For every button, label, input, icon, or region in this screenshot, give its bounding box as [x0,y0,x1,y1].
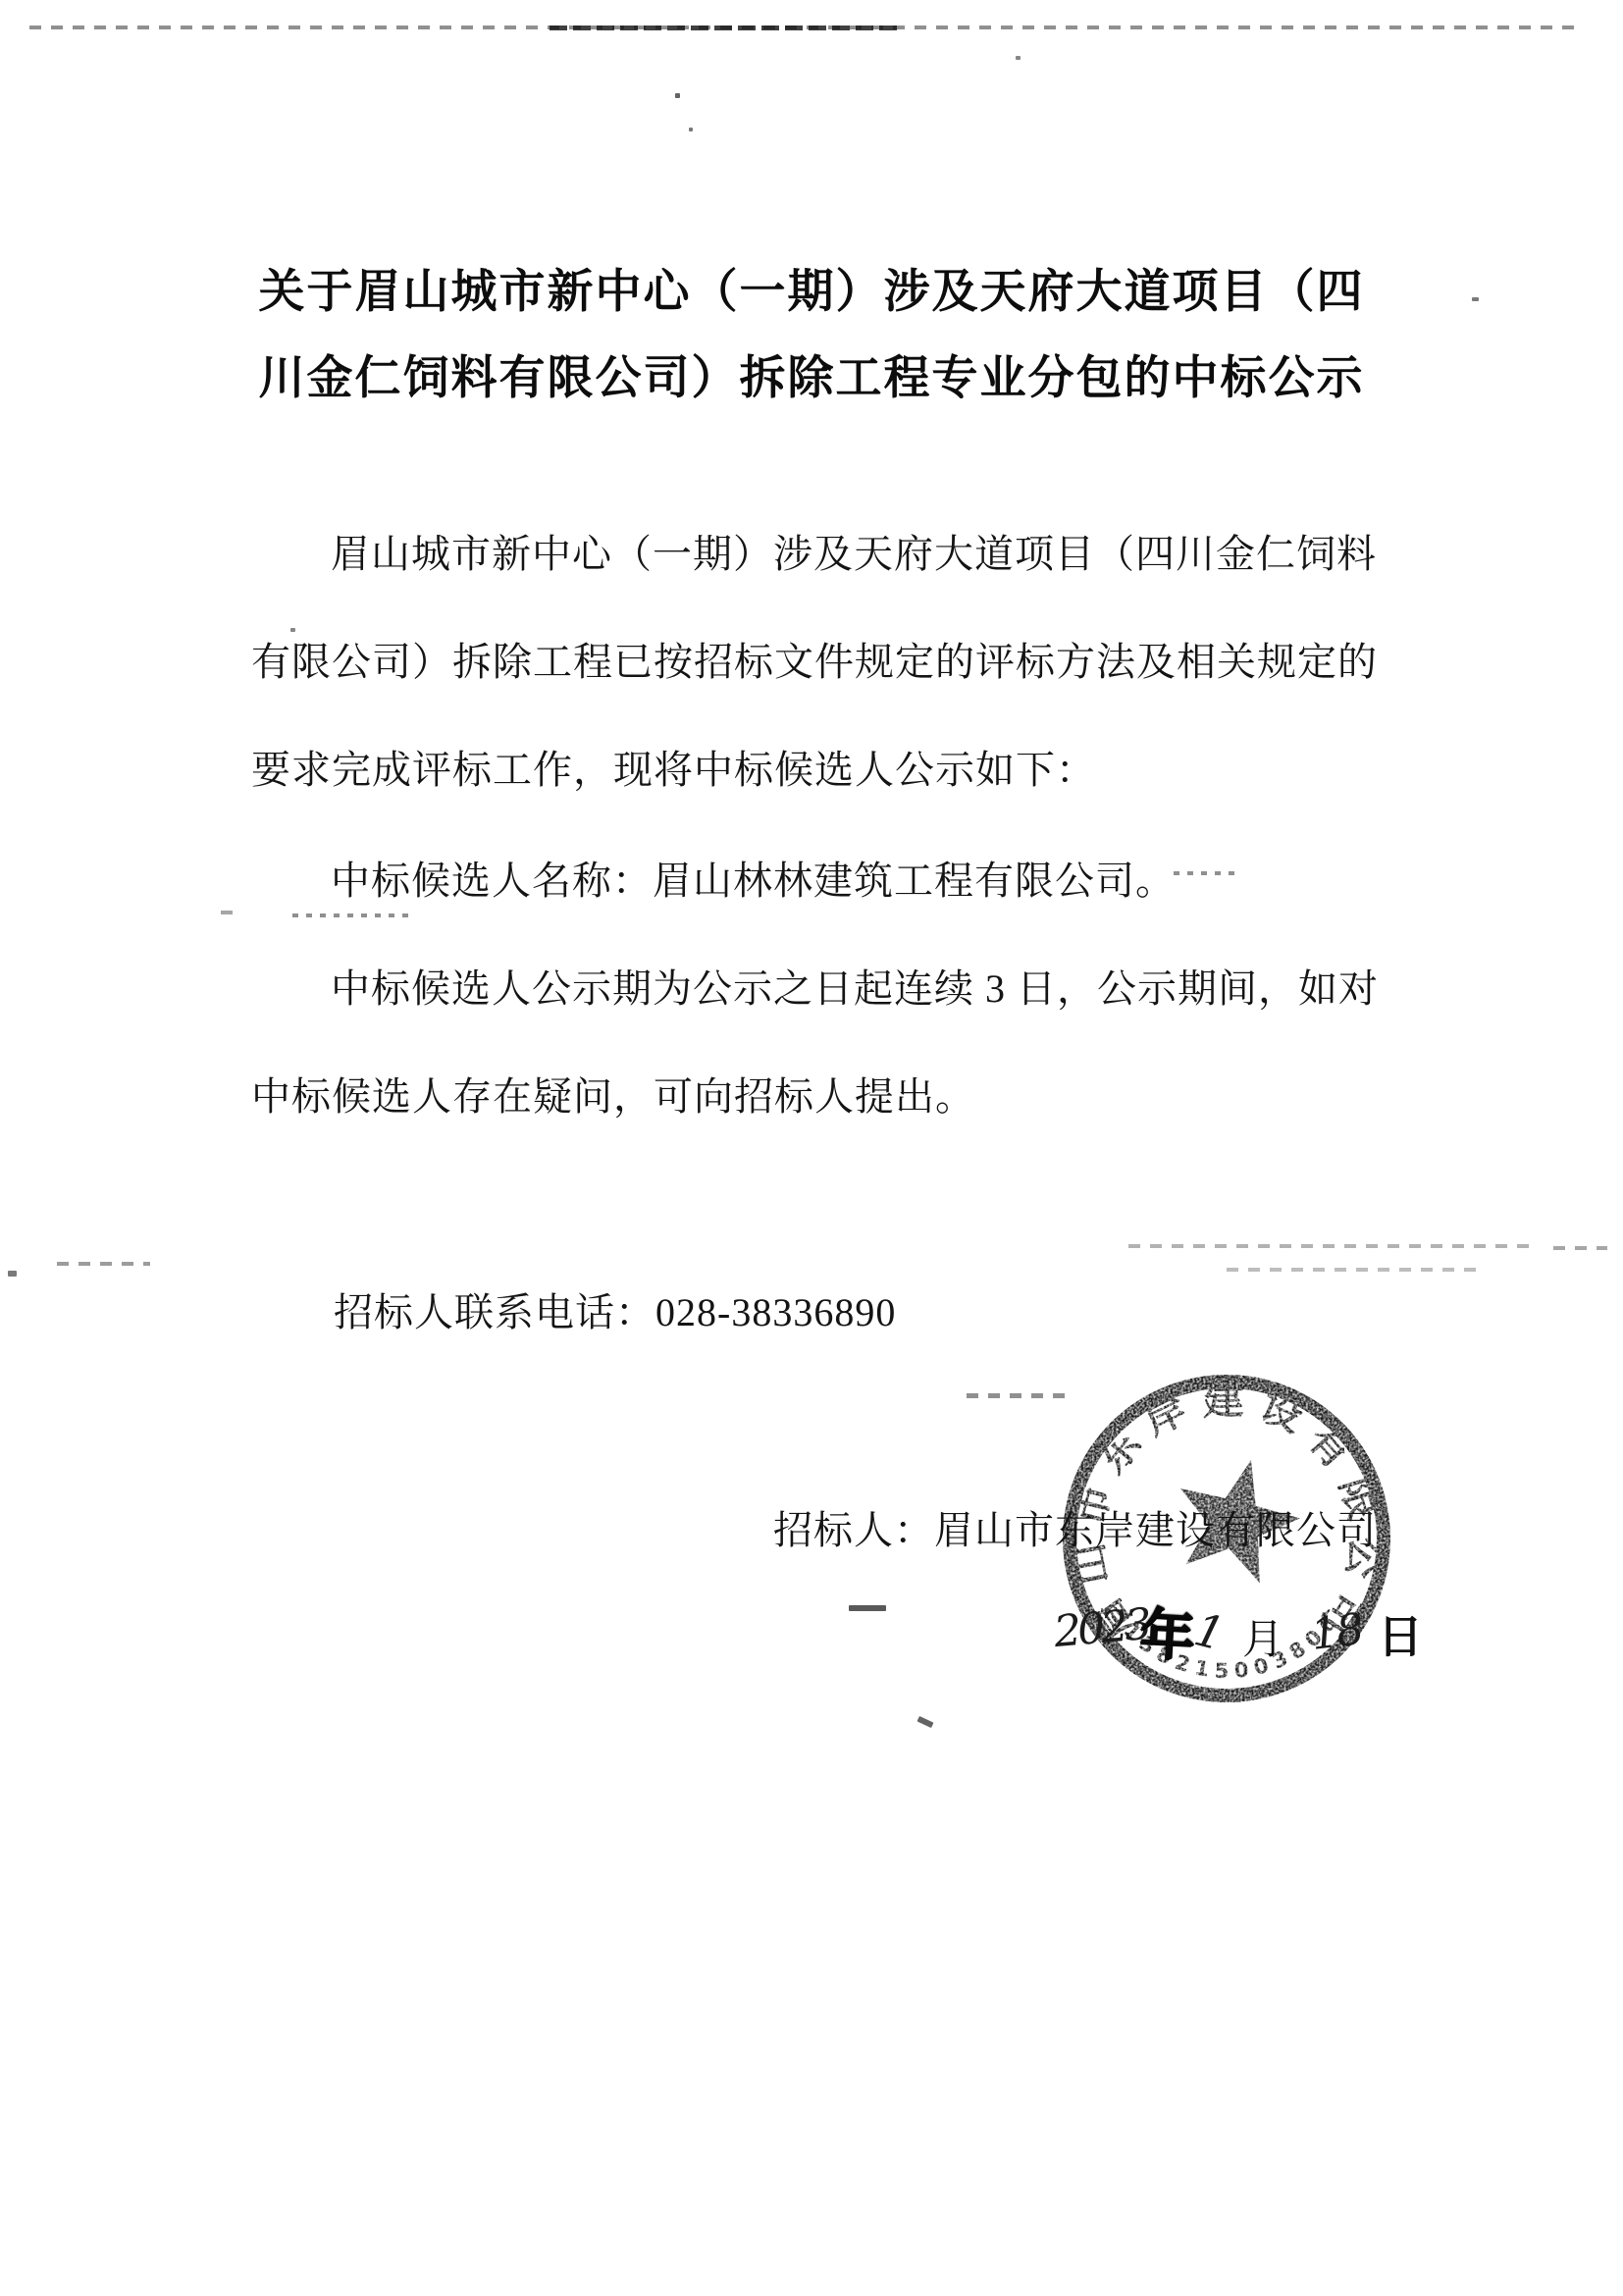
paragraph-1-line-2: 有限公司）拆除工程已按招标文件规定的评标方法及相关规定的 [251,631,1378,687]
paragraph-3-line-2: 中标候选人存在疑问，可向招标人提出。 [251,1066,975,1122]
scan-speck [8,1271,17,1277]
date-year-unit: 年 [1138,1591,1197,1672]
scan-noise-top-line-dense [550,26,903,30]
date-day-unit: 日 [1378,1601,1423,1666]
scan-noise-dots [292,913,410,917]
scan-speck [675,93,680,98]
scan-noise-dots [967,1393,1065,1398]
scanned-document-page: 关于眉山城市新中心（一期）涉及天府大道项目（四 川金仁饲料有限公司）拆除工程专业… [0,0,1623,2296]
scan-speck [1016,56,1021,60]
contact-phone-line: 招标人联系电话：028-38336890 [334,1281,896,1337]
scan-noise-dots [221,911,240,914]
bidder-signature-line: 招标人：眉山市东岸建设有限公司 [773,1499,1377,1555]
date-day-handwritten: 18 [1308,1604,1365,1660]
winning-candidate-line: 中标候选人名称：眉山林林建筑工程有限公司。 [331,850,1176,906]
scan-speck [849,1605,886,1611]
scan-noise-dots [57,1262,150,1266]
date-month-unit: 月 [1242,1607,1283,1666]
scan-noise-dots [1128,1244,1531,1248]
paragraph-1-line-1: 眉山城市新中心（一期）涉及天府大道项目（四川金仁饲料 [331,523,1377,579]
document-title-line-1: 关于眉山城市新中心（一期）涉及天府大道项目（四 [0,255,1623,321]
paragraph-1-line-3: 要求完成评标工作，现将中标候选人公示如下： [251,739,1096,795]
paragraph-3-line-1: 中标候选人公示期为公示之日起连续 3 日，公示期间，如对 [331,958,1379,1014]
scan-noise-dots [1174,871,1242,875]
date-year-handwritten: 2023 [1052,1599,1150,1657]
scan-speck [689,128,693,131]
document-title-line-2: 川金仁饲料有限公司）拆除工程专业分包的中标公示 [0,341,1623,407]
scan-speck [916,1716,933,1728]
scan-noise-dots [1553,1246,1607,1250]
scan-noise-dots [1227,1268,1482,1272]
